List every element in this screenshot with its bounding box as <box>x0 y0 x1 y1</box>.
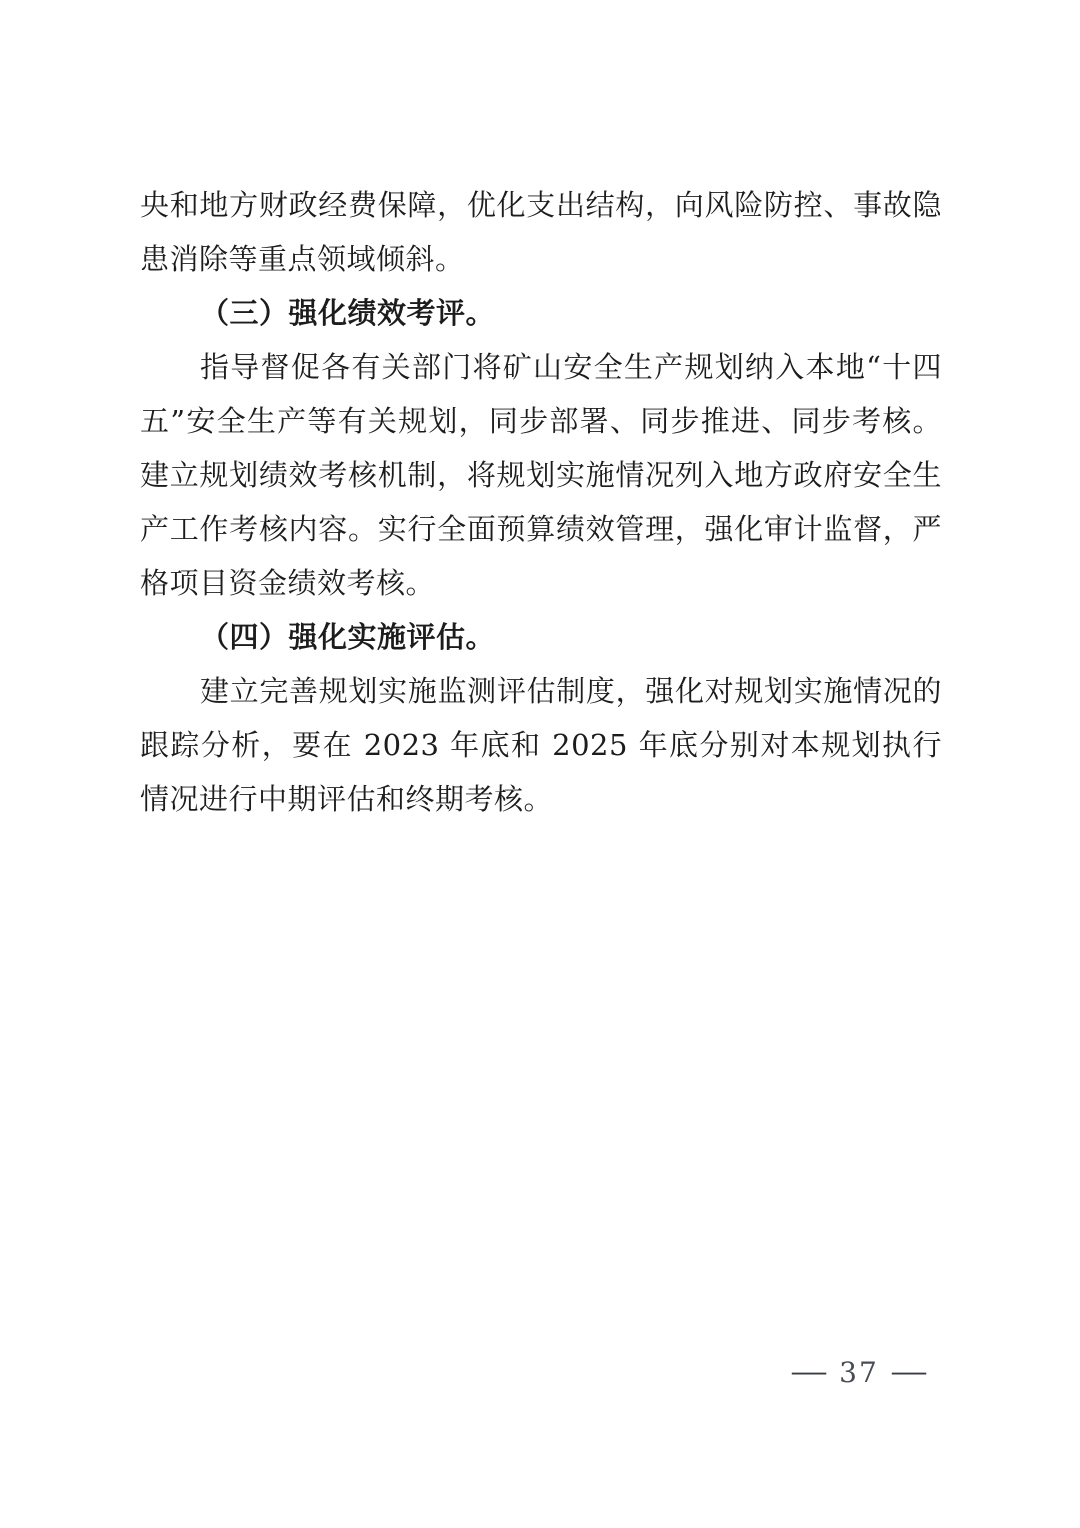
page-number: 37 <box>839 1356 879 1389</box>
footer-dash-left: — <box>790 1358 828 1386</box>
body-paragraph-implementation-evaluation: 建立完善规划实施监测评估制度，强化对规划实施情况的跟踪分析，要在 2023 年底… <box>140 664 942 826</box>
section-heading-four: （四）强化实施评估。 <box>140 610 942 664</box>
body-paragraph-continuation: 央和地方财政经费保障，优化支出结构，向风险防控、事故隐患消除等重点领域倾斜。 <box>140 178 942 286</box>
body-paragraph-performance-review: 指导督促各有关部门将矿山安全生产规划纳入本地“十四五”安全生产等有关规划，同步部… <box>140 340 942 610</box>
page-footer: — 37 — <box>793 1344 925 1400</box>
document-page: 央和地方财政经费保障，优化支出结构，向风险防控、事故隐患消除等重点领域倾斜。 （… <box>0 0 1080 1528</box>
footer-dash-right: — <box>890 1358 928 1386</box>
document-text-block: 央和地方财政经费保障，优化支出结构，向风险防控、事故隐患消除等重点领域倾斜。 （… <box>140 178 942 826</box>
section-heading-three: （三）强化绩效考评。 <box>140 286 942 340</box>
